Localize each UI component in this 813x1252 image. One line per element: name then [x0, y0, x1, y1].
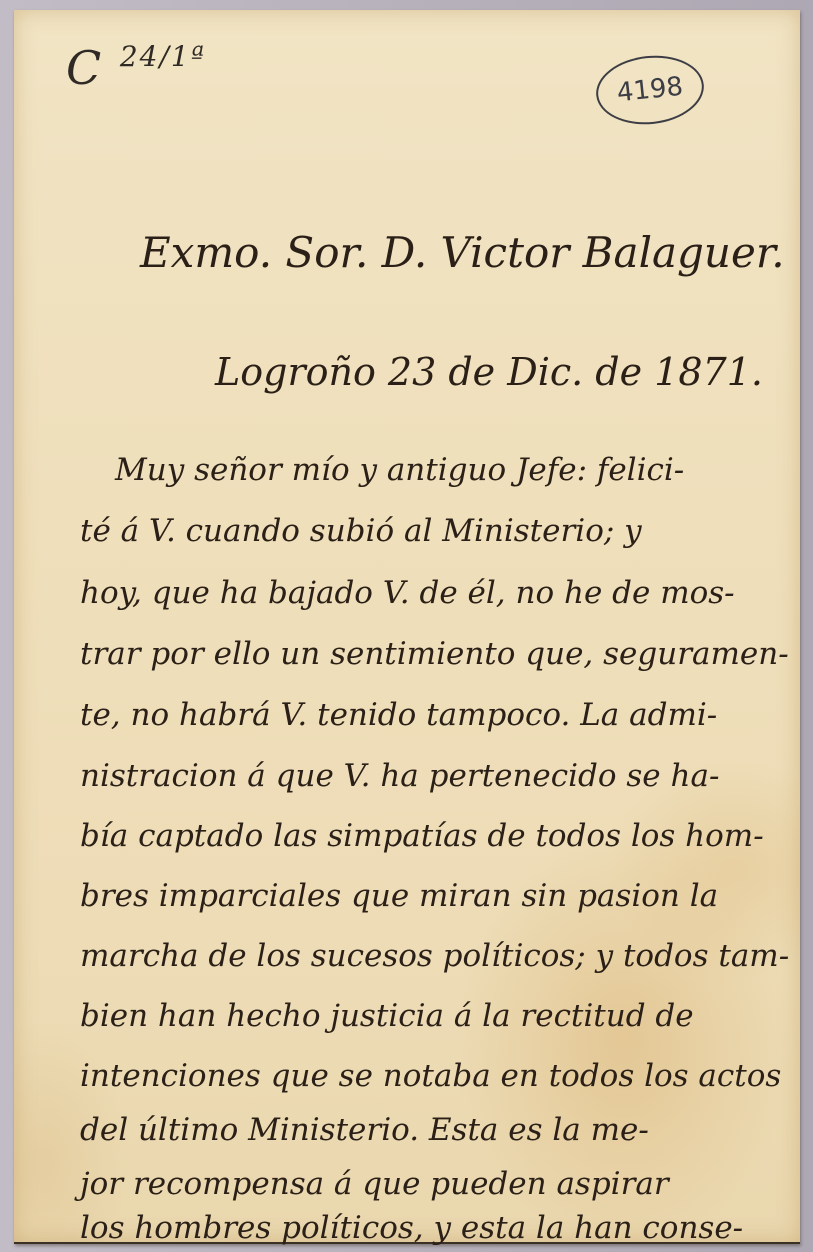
- body-line: te, no habrá V. tenido tampoco. La admi-: [80, 697, 717, 733]
- dateline: Logroño 23 de Dic. de 1871.: [215, 350, 763, 394]
- body-line: marcha de los sucesos políticos; y todos…: [80, 938, 789, 974]
- archive-letter: C: [66, 41, 103, 95]
- body-line: Muy señor mío y antiguo Jefe: felici-: [115, 452, 684, 488]
- archive-mark: C 24/1ª: [66, 40, 206, 95]
- body-line: bres imparciales que miran sin pasion la: [80, 878, 718, 914]
- body-line: del último Ministerio. Esta es la me-: [80, 1112, 649, 1148]
- body-line: los hombres políticos, y esta la han con…: [80, 1210, 743, 1246]
- body-line: nistracion á que V. ha pertenecido se ha…: [80, 758, 719, 794]
- body-line: té á V. cuando subió al Ministerio; y: [80, 513, 642, 549]
- body-line: bien han hecho justicia á la rectitud de: [80, 998, 694, 1034]
- body-line: trar por ello un sentimiento que, segura…: [80, 636, 789, 672]
- archive-fraction: 24/1ª: [120, 40, 206, 73]
- body-line: jor recompensa á que pueden aspirar: [80, 1166, 669, 1202]
- body-line: bía captado las simpatías de todos los h…: [80, 818, 764, 854]
- body-line: intenciones que se notaba en todos los a…: [80, 1058, 781, 1094]
- body-line: hoy, que ha bajado V. de él, no he de mo…: [80, 575, 735, 611]
- catalog-number: 4198: [616, 72, 685, 109]
- salutation: Exmo. Sor. D. Victor Balaguer.: [140, 228, 785, 277]
